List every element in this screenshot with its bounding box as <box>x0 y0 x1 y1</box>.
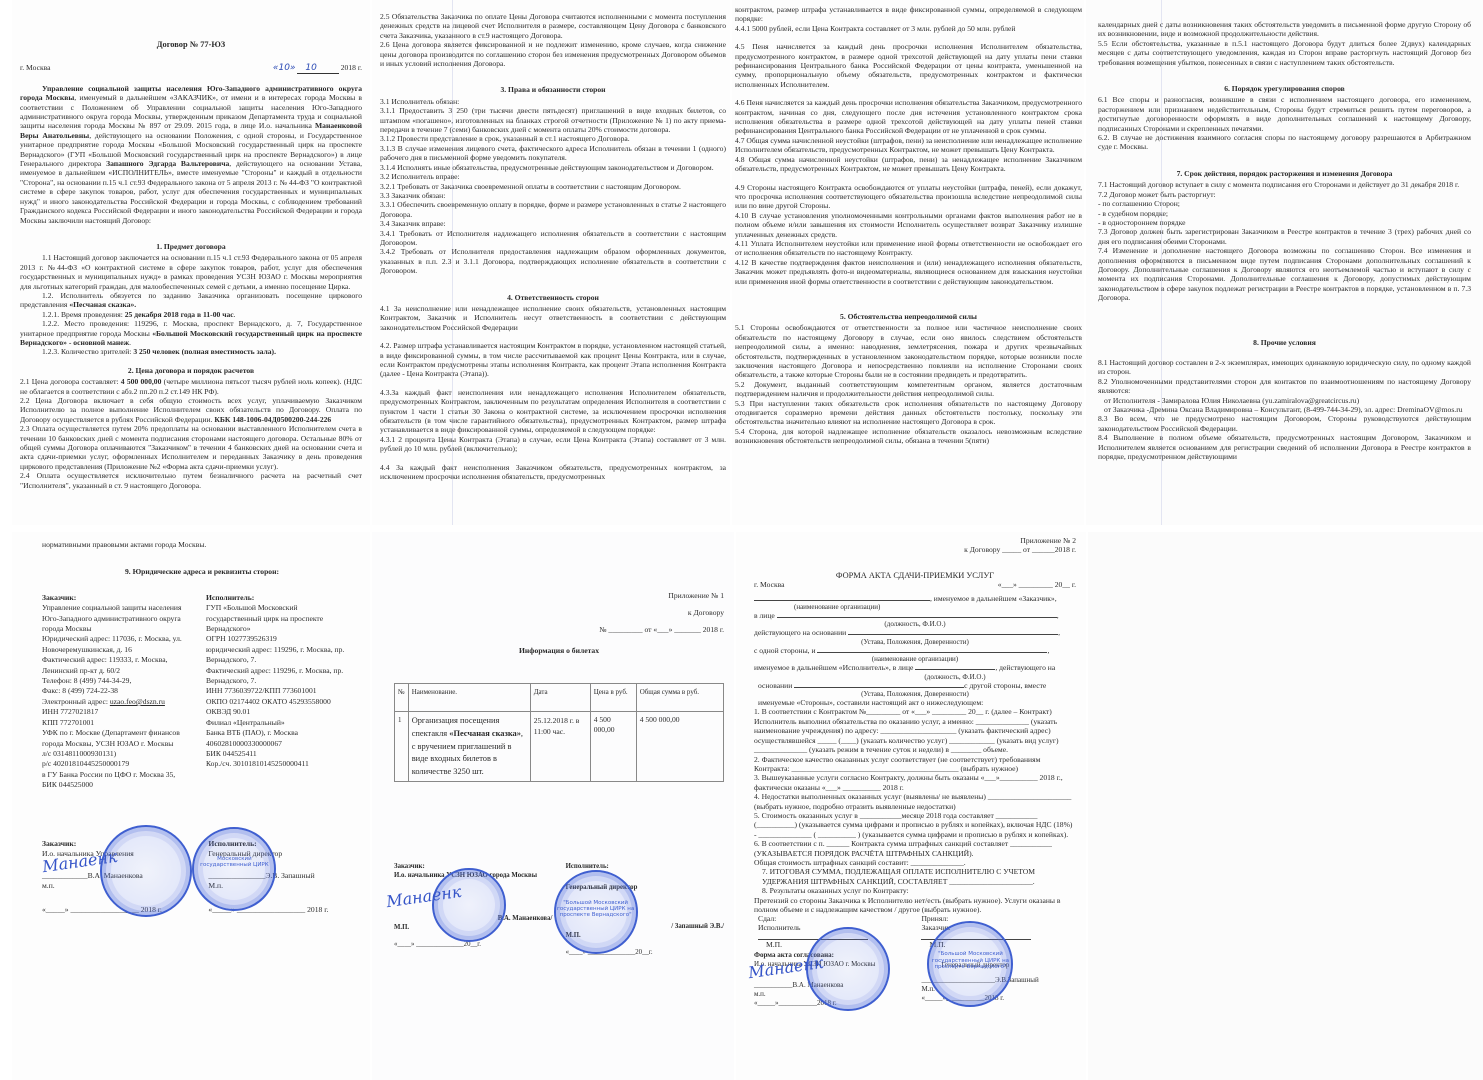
customer-requisite-line: БИК 044525000 <box>42 780 198 790</box>
clause-4-4: 4.4 За каждый факт неисполнения Заказчик… <box>380 463 726 482</box>
act-item: 5. Стоимость оказанных услуг в _________… <box>754 811 1076 839</box>
customer-requisite-line: города Москвы <box>42 624 198 634</box>
contractor-requisite-line: ОКПО 02174402 ОКАТО 45293558000 <box>206 697 362 707</box>
contractor-requisite-line: Фактический адрес: 119296, г. Москва, пр… <box>206 666 362 676</box>
contract-page-1: Договор № 77-ЮЗ г. Москва «10» 10 2018 г… <box>12 0 370 525</box>
clause-3-4-2: 3.4.2 Требовать от Исполнителя предостав… <box>380 247 726 275</box>
clause-1-1: 1.1 Настоящий договор заключается на осн… <box>20 253 362 291</box>
clause-4-3: 4.3.За каждый факт неисполнения или нена… <box>380 388 726 435</box>
contractor-requisite-line: БИК 044525411 <box>206 749 362 759</box>
appendix-2-to-contract: к Договору _____ от ______2018 г. <box>754 545 1076 554</box>
act-item: 3. Вышеуказанные услуги согласно Контрак… <box>754 773 1076 792</box>
act-item: 4. Недостатки выполненных оказанных услу… <box>754 792 1076 811</box>
appendix-2-page: Приложение № 2 к Договору _____ от _____… <box>736 532 1086 1080</box>
customer-requisite-line: Управление социальной защиты населения <box>42 603 198 613</box>
clause-3-1-3: 3.1.3 В случае изменения лицевого счета,… <box>380 144 726 163</box>
form-city: г. Москва <box>754 580 785 589</box>
clause-5-1: 5.1 Стороны освобождаются от ответственн… <box>735 323 1082 379</box>
clause-1-2-1: 1.2.1. Время проведения: 25 декабря 2018… <box>20 310 362 319</box>
clause-3-1-1: 3.1.1 Предоставить 3 250 (три тысячи две… <box>380 106 726 134</box>
clause-1-2-2: 1.2.2. Место проведения: 119296, г. Моск… <box>20 319 362 347</box>
clause-4-11: 4.11 Уплата Исполнителем неустойки или п… <box>735 239 1082 258</box>
contract-title: Договор № 77-ЮЗ <box>20 40 362 49</box>
clause-7-2-item: - по соглашению Сторон; <box>1098 199 1471 208</box>
contractor-stamp-icon: Московский государственный ЦИРК <box>192 827 276 911</box>
blank-page <box>1088 532 1483 1080</box>
clause-6-1: 6.1 Все споры и разногласия, возникшие в… <box>1098 95 1471 133</box>
clause-3-2-1: 3.2.1 Требовать от Заказчика своевременн… <box>380 182 726 191</box>
customer-stamp-icon <box>100 825 192 917</box>
form-date-line: «___» _________ 20__ г. <box>998 580 1076 589</box>
contract-place-date: г. Москва «10» 10 2018 г. <box>20 63 362 73</box>
customer-requisite-line: л/с 0314811000930131) <box>42 749 198 759</box>
customer-requisites: Заказчик: Управление социальной защиты н… <box>42 593 198 791</box>
customer-requisite-line: Юридический адрес: 117036, г. Москва, ул… <box>42 634 198 644</box>
contractor-signature: "Большой Московский государственный ЦИРК… <box>566 862 724 957</box>
appendix-1-number-line: № _________ от «___» _______ 2018 г. <box>394 621 724 638</box>
customer-requisite-line: Ленинский пр-кт д. 60/2 <box>42 666 198 676</box>
contract-page-5-requisites: нормативными правовыми актами города Мос… <box>12 532 370 1080</box>
clause-8-2: 8.2 Уполномоченными представителями стор… <box>1098 377 1471 396</box>
clause-4-4-cont: контрактом, размер штрафа устанавливаетс… <box>735 5 1082 24</box>
contractor-stamp-icon: "Большой Московский государственный ЦИРК… <box>554 870 638 954</box>
tickets-table: № Наименование. Дата Цена в руб. Общая с… <box>394 683 724 782</box>
clause-8-2-contractor-contact: от Исполнителя - Замиралова Юлия Николае… <box>1098 396 1471 405</box>
contract-page-2: 2.5 Обязательства Заказчика по оплате Це… <box>372 0 730 525</box>
section-2-heading: 2. Цена договора и порядок расчетов <box>20 366 362 375</box>
clause-5-4: 5.4 Сторона, для которой надлежащее испо… <box>735 427 1082 446</box>
customer-requisite-line: ИНН 7727021817 <box>42 707 198 717</box>
clause-8-2-customer-contact: от Заказчика -Дремина Оксана Владимировн… <box>1098 405 1471 414</box>
appendix-2-label: Приложение № 2 <box>754 536 1076 545</box>
clause-3-3-1: 3.3.1 Обеспечить своевременную оплату в … <box>380 200 726 219</box>
appendix-1-label: Приложение № 1 <box>394 587 724 604</box>
clause-4-9: 4.9 Стороны настоящего Контракта освобож… <box>735 183 1082 211</box>
clause-3-1-2: 3.1.2 Провести представление в срок, ука… <box>380 134 726 143</box>
act-item: Общая стоимость штрафных санкций состави… <box>754 858 1076 867</box>
clause-2-2: 2.2 Цена Договора включает в себя общую … <box>20 396 362 424</box>
customer-requisite-line: в ГУ Банка России по ЦФО г. Москва 35, <box>42 770 198 780</box>
form-approval-signatures: Манаенк Форма акта согласована: И.о. нач… <box>754 951 1076 1008</box>
clause-5-5: 5.5 Если обстоятельства, указанные в п.5… <box>1098 39 1471 67</box>
contractor-requisite-line: Филиал «Центральный» <box>206 718 362 728</box>
clause-8-4-cont: нормативными правовыми актами города Мос… <box>42 540 362 549</box>
customer-requisite-line: Факс: 8 (499) 724-22-38 <box>42 686 198 696</box>
clause-8-3: 8.3 Во всем, что не предусмотрено настоя… <box>1098 414 1471 433</box>
section-6-heading: 6. Порядок урегулирования споров <box>1098 84 1471 93</box>
customer-requisite-line: Фактический адрес: 119333, г. Москва, <box>42 655 198 665</box>
clause-5-4-cont: календарных дней с даты возникновения та… <box>1098 20 1471 39</box>
contractor-requisite-line: Вернадского, 7. <box>206 676 362 686</box>
customer-requisite-line: Юго-Западного административного округа <box>42 614 198 624</box>
clause-8-1: 8.1 Настоящий договор составлен в 2-х эк… <box>1098 358 1471 377</box>
section-5-heading: 5. Обстоятельства непреодолимой силы <box>735 312 1082 321</box>
clause-5-3: 5.3 При наступлении таких обязательств с… <box>735 399 1082 427</box>
clause-7-2-item: - в одностороннем порядке <box>1098 218 1471 227</box>
act-item: 1. В соответствии с Контрактом №________… <box>754 707 1076 754</box>
section-8-heading: 8. Прочие условия <box>1098 338 1471 347</box>
customer-requisite-line: р/с 40201810445250000179 <box>42 759 198 769</box>
clause-8-4: 8.4 Выполнение в полном объеме обязатель… <box>1098 433 1471 461</box>
clause-2-5: 2.5 Обязательства Заказчика по оплате Це… <box>380 12 726 40</box>
customer-signature: Манаенк Заказчик: И.о. начальника УСЗН Ю… <box>394 862 552 957</box>
table-row: 1 Организация посещения спектакля «Песча… <box>395 712 724 782</box>
clause-7-3: 7.3 Договор должен быть зарегистрирован … <box>1098 227 1471 246</box>
contractor-requisite-line: Банка ВТБ (ПАО), г. Москва <box>206 728 362 738</box>
contractor-requisite-line: государственный цирк на проспекте <box>206 614 362 624</box>
contract-page-3: контрактом, размер штрафа устанавливаетс… <box>732 0 1084 525</box>
section-7-heading: 7. Срок действия, порядок расторжения и … <box>1098 169 1471 178</box>
contractor-requisite-line: ОГРН 1027739526319 <box>206 634 362 644</box>
customer-signature: Манаенк Заказчик: И.о. начальника Управл… <box>42 839 196 914</box>
clause-7-2: 7.2 Договор может быть расторгнут: <box>1098 190 1471 199</box>
act-item: 6. В соответствии с п. ______ Контракта … <box>754 839 1076 858</box>
clause-3-2: 3.2 Исполнитель вправе: <box>380 172 726 181</box>
appendix-1-to-contract: к Договору <box>394 604 724 621</box>
section-4-heading: 4. Ответственность сторон <box>380 293 726 302</box>
clause-3-3: 3.3 Заказчик обязан: <box>380 191 726 200</box>
customer-requisite-line: города Москвы, УСЗН ЮЗАО г. Москвы <box>42 739 198 749</box>
table-header-row: № Наименование. Дата Цена в руб. Общая с… <box>395 684 724 712</box>
contractor-requisite-line: ОКВЭД 90.01 <box>206 707 362 717</box>
clause-2-4: 2.4 Оплата осуществляется исключительно … <box>20 471 362 490</box>
clause-4-5: 4.5 Пеня начисляется за каждый день прос… <box>735 42 1082 89</box>
clause-4-3-1: 4.3.1 2 процента Цены Контракта (Этапа) … <box>380 435 726 454</box>
clause-4-12: 4.12 В качестве подтверждения фактов неи… <box>735 258 1082 286</box>
tickets-table-title: Информация о билетах <box>394 646 724 655</box>
customer-email-link[interactable]: uzao.feo@dszn.ru <box>110 697 165 706</box>
date-year: 2018 г. <box>341 63 362 72</box>
clause-3-4: 3.4 Заказчик вправе: <box>380 219 726 228</box>
clause-2-1: 2.1 Цена договора составляет: 4 500 000,… <box>20 377 362 396</box>
clause-2-6: 2.6 Цена договора является фиксированной… <box>380 40 726 68</box>
customer-requisite-line: КПП 772701001 <box>42 718 198 728</box>
clause-1-2: 1.2. Исполнитель обязуется по заданию За… <box>20 291 362 310</box>
clause-7-4: 7.4 Изменение и дополнение настоящего До… <box>1098 246 1471 302</box>
contract-date: «10» 10 2018 г. <box>273 63 362 73</box>
clause-7-2-item: - в судебном порядке; <box>1098 209 1471 218</box>
clause-3-4-1: 3.4.1 Требовать от Исполнителя надлежаще… <box>380 229 726 248</box>
date-day-handwritten: «10» <box>273 63 296 73</box>
section-9-heading: 9. Юридические адреса и реквизиты сторон… <box>42 567 362 576</box>
appendix-1-page: Приложение № 1 к Договору № _________ от… <box>372 532 734 1080</box>
customer-requisite-line: УФК по г. Москве (Департамент финансов <box>42 728 198 738</box>
contract-page-4: календарных дней с даты возникновения та… <box>1086 0 1483 525</box>
appendix-1-signatures: Манаенк Заказчик: И.о. начальника УСЗН Ю… <box>394 862 724 957</box>
contractor-requisite-line: юридический адрес: 119296, г. Москва, пр… <box>206 645 362 655</box>
contractor-requisite-line: 40602810000330000067 <box>206 739 362 749</box>
customer-requisite-line: Телефон: 8 (499) 744-34-29, <box>42 676 198 686</box>
contractor-requisite-line: Вернадского» <box>206 624 362 634</box>
clause-4-2: 4.2. Размер штрафа устанавливается насто… <box>380 341 726 379</box>
requisites-columns: Заказчик: Управление социальной защиты н… <box>42 593 362 791</box>
contractor-signature: "Большой Московский государственный ЦИРК… <box>921 951 1076 1008</box>
clause-1-2-3: 1.2.3. Количество зрителей: 3 250 челове… <box>20 347 362 356</box>
act-item: 2. Фактическое качество оказанных услуг … <box>754 755 1076 774</box>
section-1-heading: 1. Предмет договора <box>20 242 362 251</box>
clause-4-6: 4.6 Пеня начисляется за каждый день прос… <box>735 98 1082 136</box>
clause-3-1: 3.1 Исполнитель обязан: <box>380 97 726 106</box>
contract-city: г. Москва <box>20 63 51 73</box>
acceptance-form-title: ФОРМА АКТА СДАЧИ-ПРИЕМКИ УСЛУГ <box>754 571 1076 580</box>
contractor-requisites: Исполнитель: ГУП «Большой Московскийгосу… <box>206 593 362 791</box>
contractor-requisite-line: ИНН 7736039722/КПП 773601001 <box>206 686 362 696</box>
clause-4-1: 4.1 За неисполнение или ненадлежащее исп… <box>380 304 726 332</box>
contractor-requisite-line: Вернадского, 7. <box>206 655 362 665</box>
customer-requisite-line: Новочеремушкинская, д. 16 <box>42 645 198 655</box>
clause-6-2: 6.2. В случае не достижения взаимного со… <box>1098 133 1471 152</box>
section-3-heading: 3. Права и обязанности сторон <box>380 85 726 94</box>
acceptance-signatures: Сдал: Исполнитель М.П. Принял: Заказчик … <box>754 914 1076 949</box>
clause-4-10: 4.10 В случае установления уполномоченны… <box>735 211 1082 239</box>
clause-4-4-1: 4.4.1 5000 рублей, если Цена Контракта с… <box>735 24 1082 33</box>
clause-7-1: 7.1 Настоящий договор вступает в силу с … <box>1098 180 1471 189</box>
contractor-signature: Московский государственный ЦИРК Исполнит… <box>208 839 362 914</box>
clause-4-7: 4.7 Общая сумма начисленной неустойки (ш… <box>735 136 1082 155</box>
signatures-block: Манаенк Заказчик: И.о. начальника Управл… <box>42 839 362 914</box>
clause-5-2: 5.2 Документ, выданный соответствующим к… <box>735 380 1082 399</box>
customer-signature: Манаенк Форма акта согласована: И.о. нач… <box>754 951 909 1008</box>
contractor-requisite-line: Кор./сч. 30101810145250000411 <box>206 759 362 769</box>
preamble: Управление социальной защиты населения Ю… <box>20 84 362 225</box>
clause-4-8: 4.8 Общая сумма начисленной неустойки (ш… <box>735 155 1082 174</box>
date-month-handwritten: 10 <box>297 63 338 74</box>
clause-2-3: 2.3 Оплата осуществляется путем 20% пред… <box>20 424 362 471</box>
customer-stamp-icon <box>432 868 506 942</box>
clause-3-1-4: 3.1.4 Исполнять иные обязательства, пред… <box>380 163 726 172</box>
contractor-requisite-line: ГУП «Большой Московский <box>206 603 362 613</box>
